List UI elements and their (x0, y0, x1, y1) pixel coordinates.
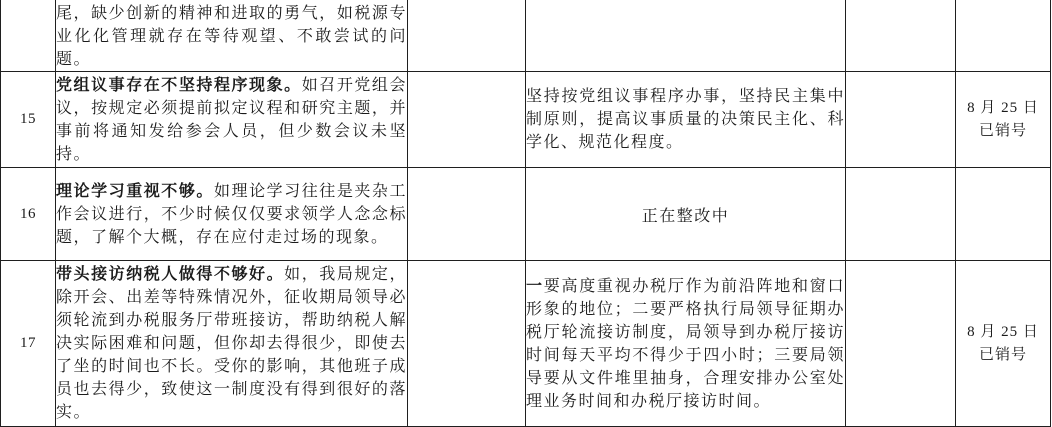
row-16-measures-cell: 正在整改中 (526, 168, 846, 261)
row-16-measures-status: 正在整改中 (642, 208, 730, 225)
row-partial-status-cell (956, 0, 1051, 72)
row-15-status-cell: 8 月 25 日 已销号 (956, 72, 1051, 168)
row-17-status-state: 已销号 (956, 344, 1050, 367)
row-partial-problem-cell: 尾，缺少创新的精神和进取的勇气，如税源专业化化管理就存在等待观望、不敢尝试的问题… (56, 0, 408, 72)
row-15-status-date: 8 月 25 日 (956, 97, 1050, 120)
table-row-15: 15 党组议事存在不坚持程序现象。如召开党组会议，按规定必须提前拟定议程和研究主… (1, 72, 1051, 168)
row-17-blank-cell-1 (408, 261, 526, 427)
row-16-problem-lead: 理论学习重视不够。 (56, 183, 214, 200)
row-partial-problem-text: 尾，缺少创新的精神和进取的勇气，如税源专业化化管理就存在等待观望、不敢尝试的问题… (56, 5, 407, 68)
row-partial-measures-cell (526, 0, 846, 72)
row-17-status-date: 8 月 25 日 (956, 321, 1050, 344)
row-17-measures-cell: 一要高度重视办税厅作为前沿阵地和窗口形象的地位；二要严格执行局领导征期办税厅轮流… (526, 261, 846, 427)
row-15-blank-cell-1 (408, 72, 526, 168)
row-17-status-cell: 8 月 25 日 已销号 (956, 261, 1051, 427)
table-row-partial: 尾，缺少创新的精神和进取的勇气，如税源专业化化管理就存在等待观望、不敢尝试的问题… (1, 0, 1051, 72)
rectification-table: 尾，缺少创新的精神和进取的勇气，如税源专业化化管理就存在等待观望、不敢尝试的问题… (0, 0, 1051, 427)
row-16-blank-cell-1 (408, 168, 526, 261)
row-15-problem-cell: 党组议事存在不坚持程序现象。如召开党组会议，按规定必须提前拟定议程和研究主题，并… (56, 72, 408, 168)
row-15-measures-text: 坚持按党组议事程序办事，坚持民主集中制原则，提高议事质量的决策民主化、科学化、规… (526, 88, 845, 151)
table-row-17: 17 带头接访纳税人做得不够好。如，我局规定，除开会、出差等特殊情况外，征收期局… (1, 261, 1051, 427)
row-17-problem-cell: 带头接访纳税人做得不够好。如，我局规定，除开会、出差等特殊情况外，征收期局领导必… (56, 261, 408, 427)
row-17-number: 17 (1, 261, 56, 427)
row-17-problem-text: 如，我局规定，除开会、出差等特殊情况外，征收期局领导必须轮流到办税服务厅带班接访… (56, 266, 407, 421)
row-17-blank-cell-2 (846, 261, 956, 427)
row-16-blank-cell-2 (846, 168, 956, 261)
row-15-number: 15 (1, 72, 56, 168)
row-17-measures-lead: 一 (526, 278, 544, 295)
table-row-16: 16 理论学习重视不够。如理论学习往往是夹杂工作会议进行，不少时候仅仅要求领学人… (1, 168, 1051, 261)
row-15-problem-lead: 党组议事存在不坚持程序现象。 (56, 77, 302, 94)
row-partial-blank-cell-1 (408, 0, 526, 72)
row-partial-blank-cell-2 (846, 0, 956, 72)
row-17-measures-text: 要高度重视办税厅作为前沿阵地和窗口形象的地位；二要严格执行局领导征期办税厅轮流接… (526, 278, 845, 410)
row-partial-number (1, 0, 56, 72)
row-16-problem-cell: 理论学习重视不够。如理论学习往往是夹杂工作会议进行，不少时候仅仅要求领学人念念标… (56, 168, 408, 261)
row-16-status-cell (956, 168, 1051, 261)
row-15-blank-cell-2 (846, 72, 956, 168)
row-15-status-state: 已销号 (956, 120, 1050, 143)
row-16-number: 16 (1, 168, 56, 261)
document-page: 尾，缺少创新的精神和进取的勇气，如税源专业化化管理就存在等待观望、不敢尝试的问题… (0, 0, 1052, 427)
row-15-measures-cell: 坚持按党组议事程序办事，坚持民主集中制原则，提高议事质量的决策民主化、科学化、规… (526, 72, 846, 168)
row-17-problem-lead: 带头接访纳税人做得不够好。 (56, 266, 284, 283)
